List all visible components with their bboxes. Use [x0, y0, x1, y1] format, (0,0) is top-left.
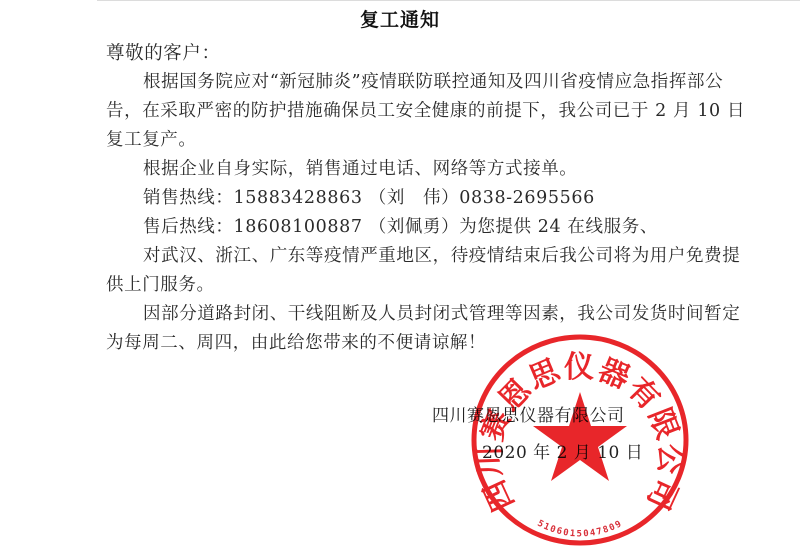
paragraph-line: 复工复产。 — [106, 126, 197, 151]
paragraph-line: 根据企业自身实际，销售通过电话、网络等方式接单。 — [143, 155, 577, 180]
salutation: 尊敬的客户： — [106, 39, 221, 65]
top-divider — [97, 0, 800, 1]
sales-hotline: 销售热线：15883428863 （刘 伟）0838-2695566 — [143, 184, 595, 209]
company-seal-icon: 四川赛恩思仪器有限公司 5106015047809 — [470, 332, 690, 546]
paragraph-line: 为每周二、周四，由此给您带来的不便请谅解！ — [106, 329, 486, 354]
paragraph-line: 根据国务院应对“新冠肺炎”疫情联防联控通知及四川省疫情应急指挥部公 — [143, 68, 723, 93]
paragraph-line: 告，在采取严密的防护措施确保员工安全健康的前提下，我公司已于 2 月 10 日 — [106, 97, 745, 122]
paragraph-line: 因部分道路封闭、干线阻断及人员封闭式管理等因素，我公司发货时间暂定 — [143, 300, 740, 325]
paragraph-line: 供上门服务。 — [106, 271, 215, 296]
paragraph-line: 对武汉、浙江、广东等疫情严重地区，待疫情结束后我公司将为用户免费提 — [143, 242, 740, 267]
aftersales-hotline: 售后热线：18608100887 （刘佩勇）为您提供 24 在线服务、 — [143, 213, 658, 238]
document-title: 复工通知 — [0, 5, 800, 32]
